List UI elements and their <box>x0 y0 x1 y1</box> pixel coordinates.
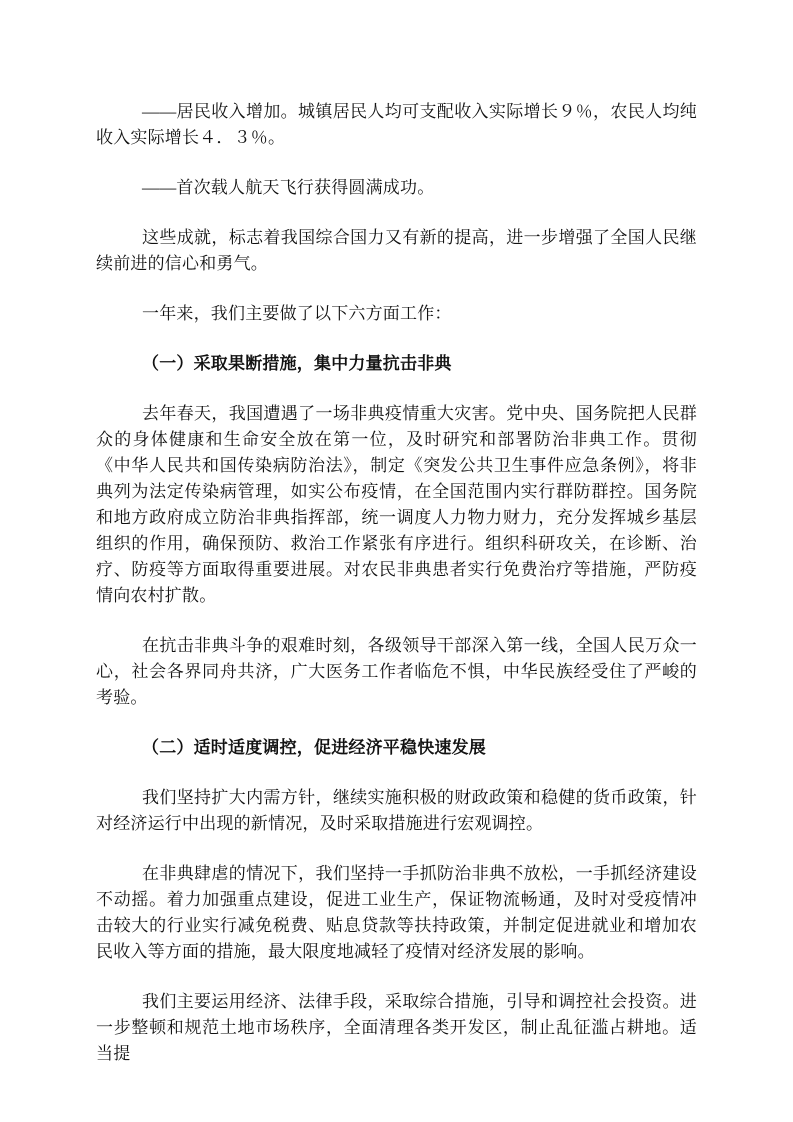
paragraph-macro-policy: 我们坚持扩大内需方针，继续实施积极的财政政策和稳健的货币政策，针对经济运行中出现… <box>96 785 697 837</box>
paragraph-achievements-significance: 这些成就，标志着我国综合国力又有新的提高，进一步增强了全国人民继续前进的信心和勇… <box>96 225 697 277</box>
paragraph-sars-response-measures: 去年春天，我国遭遇了一场非典疫情重大灾害。党中央、国务院把人民群众的身体健康和生… <box>96 401 697 609</box>
document-page: ——居民收入增加。城镇居民人均可支配收入实际增长９％，农民人均纯收入实际增长４．… <box>0 0 793 1122</box>
heading-section-2-macro-control: （二）适时适度调控，促进经济平稳快速发展 <box>96 735 697 761</box>
paragraph-manned-spaceflight: ——首次载人航天飞行获得圆满成功。 <box>96 175 697 201</box>
heading-section-1-fight-sars: （一）采取果断措施，集中力量抗击非典 <box>96 351 697 377</box>
paragraph-six-areas-intro: 一年来，我们主要做了以下六方面工作： <box>96 301 697 327</box>
paragraph-residents-income: ——居民收入增加。城镇居民人均可支配收入实际增长９％，农民人均纯收入实际增长４．… <box>96 99 697 151</box>
paragraph-sars-struggle-unity: 在抗击非典斗争的艰难时刻，各级领导干部深入第一线，全国人民万众一心，社会各界同舟… <box>96 633 697 711</box>
paragraph-investment-land-regulation: 我们主要运用经济、法律手段，采取综合措施，引导和调控社会投资。进一步整顿和规范土… <box>96 989 697 1067</box>
paragraph-sars-economy-measures: 在非典肆虐的情况下，我们坚持一手抓防治非典不放松，一手抓经济建设不动摇。着力加强… <box>96 861 697 965</box>
